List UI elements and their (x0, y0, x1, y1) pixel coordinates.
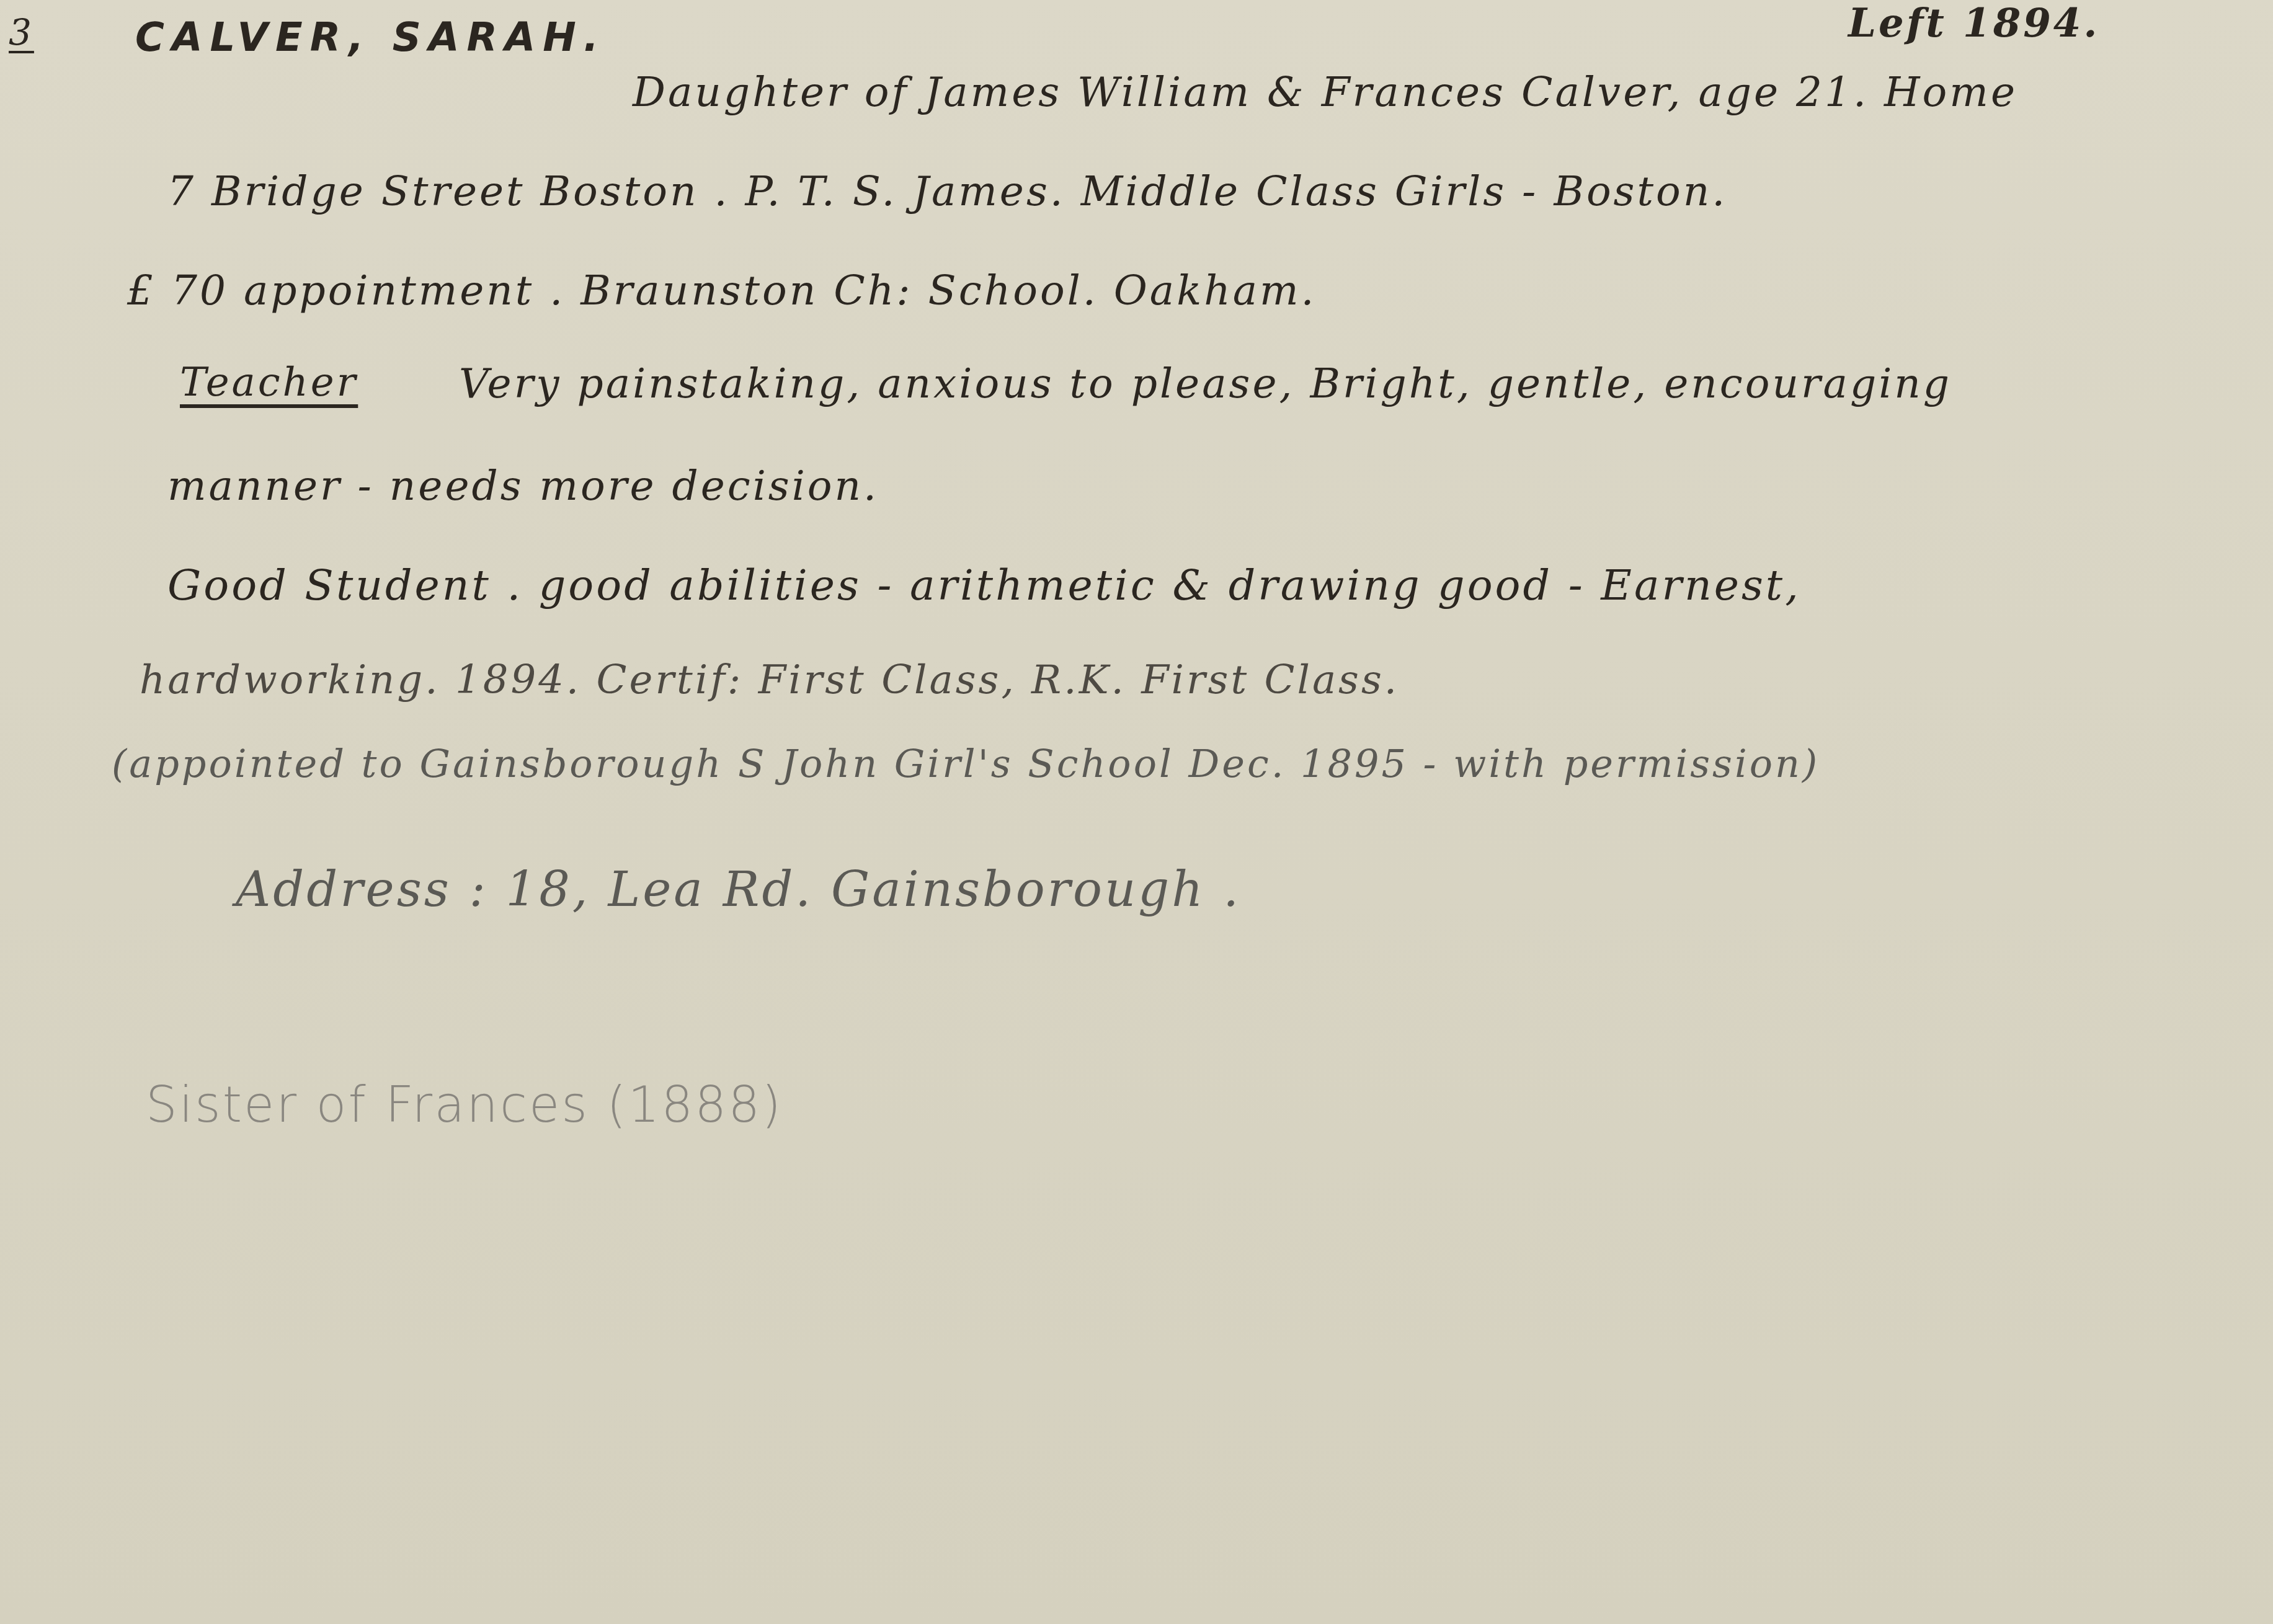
parentage-line: Daughter of James William & Frances Calv… (633, 68, 2017, 116)
student-remarks-line-2: hardworking. 1894. Certif: First Class, … (140, 657, 1399, 703)
student-name: CALVER, SARAH. (135, 15, 606, 61)
record-card: 3 CALVER, SARAH. Left 1894. Daughter of … (0, 0, 2273, 1624)
record-number: 3 (9, 11, 34, 53)
teacher-remarks-line-1: Very painstaking, anxious to please, Bri… (459, 360, 1952, 407)
appointment-line: £ 70 appointment . Braunston Ch: School.… (127, 267, 1317, 314)
home-address-line: 7 Bridge Street Boston . P. T. S. James.… (167, 167, 1727, 215)
later-address: Address : 18, Lea Rd. Gainsborough . (236, 862, 1241, 918)
teacher-remarks-line-2: manner - needs more decision. (167, 462, 879, 510)
teacher-label: Teacher (180, 360, 358, 406)
pencil-note: Sister of Frances (1888) (146, 1076, 783, 1134)
appointment-note: (appointed to Gainsborough S John Girl's… (112, 741, 1820, 786)
student-remarks-line-1: Good Student . good abilities - arithmet… (167, 561, 1801, 610)
left-date: Left 1894. (1848, 0, 2100, 47)
